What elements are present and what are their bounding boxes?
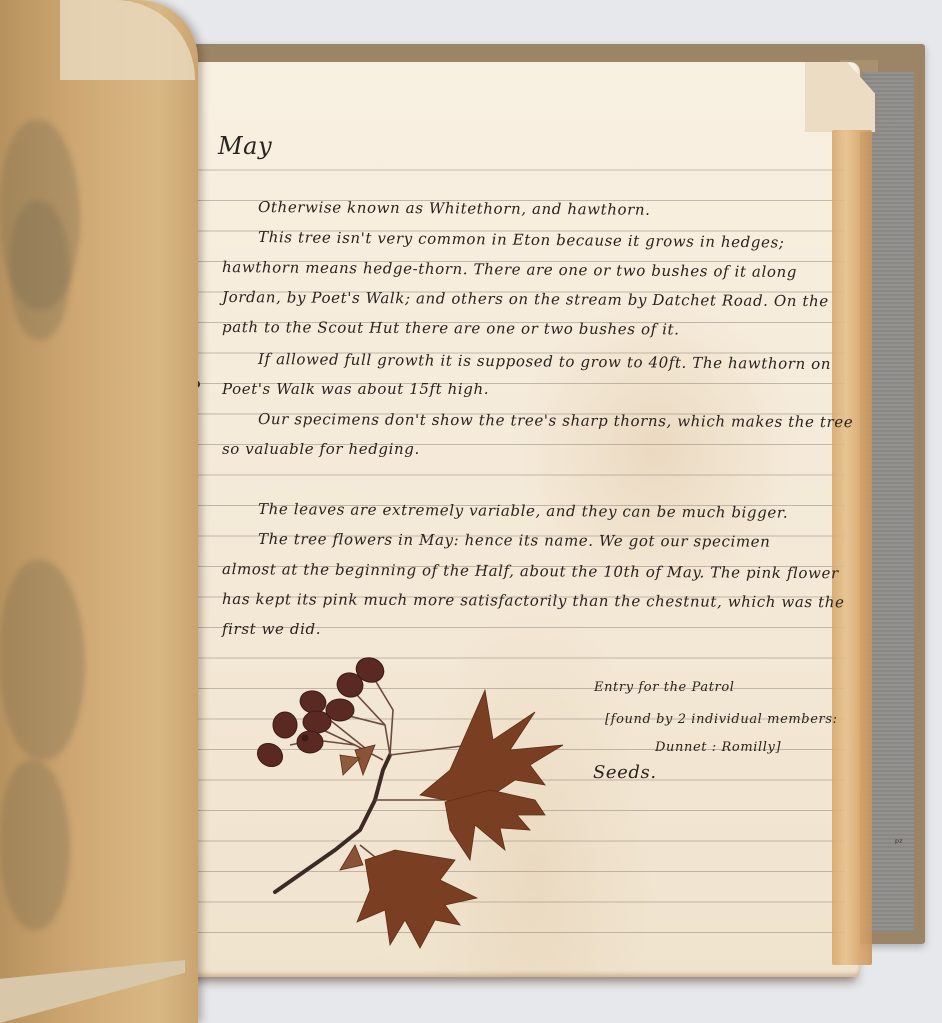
text-line: so valuable for hedging. — [222, 440, 420, 458]
notebook-photo: ᵖᶻ May Otherwise known as Whitethorn, an… — [0, 0, 942, 1023]
annotation-line: [found by 2 individual members: — [605, 712, 838, 727]
ghost-leaf-impression — [0, 760, 70, 930]
text-line: first we did. — [222, 620, 321, 638]
text-line: Otherwise known as Whitethorn, and hawth… — [258, 198, 651, 219]
text-line: Our specimens don't show the tree's shar… — [258, 410, 853, 431]
ghost-leaf-impression — [10, 200, 70, 340]
page-title: May — [218, 132, 272, 160]
pressed-hawthorn-specimen — [245, 650, 575, 950]
text-line: path to the Scout Hut there are one or t… — [222, 318, 680, 338]
annotation-line: Entry for the Patrol — [594, 680, 735, 695]
annotation-line: Dunnet : Romilly] — [655, 740, 781, 755]
annotation-footer: Seeds. — [593, 762, 657, 783]
text-line: The tree flowers in May: hence its name.… — [258, 530, 770, 551]
text-line: has kept its pink much more satisfactori… — [222, 590, 845, 611]
board-pencil-mark: ᵖᶻ — [895, 838, 903, 849]
text-line: Poet's Walk was about 15ft high. — [222, 380, 489, 398]
tissue-page-top — [60, 0, 195, 80]
adhesive-tape-strip — [832, 130, 872, 965]
facing-tissue-page — [0, 0, 198, 1023]
ghost-leaf-impression — [0, 560, 85, 760]
text-line: The leaves are extremely variable, and t… — [258, 500, 788, 522]
